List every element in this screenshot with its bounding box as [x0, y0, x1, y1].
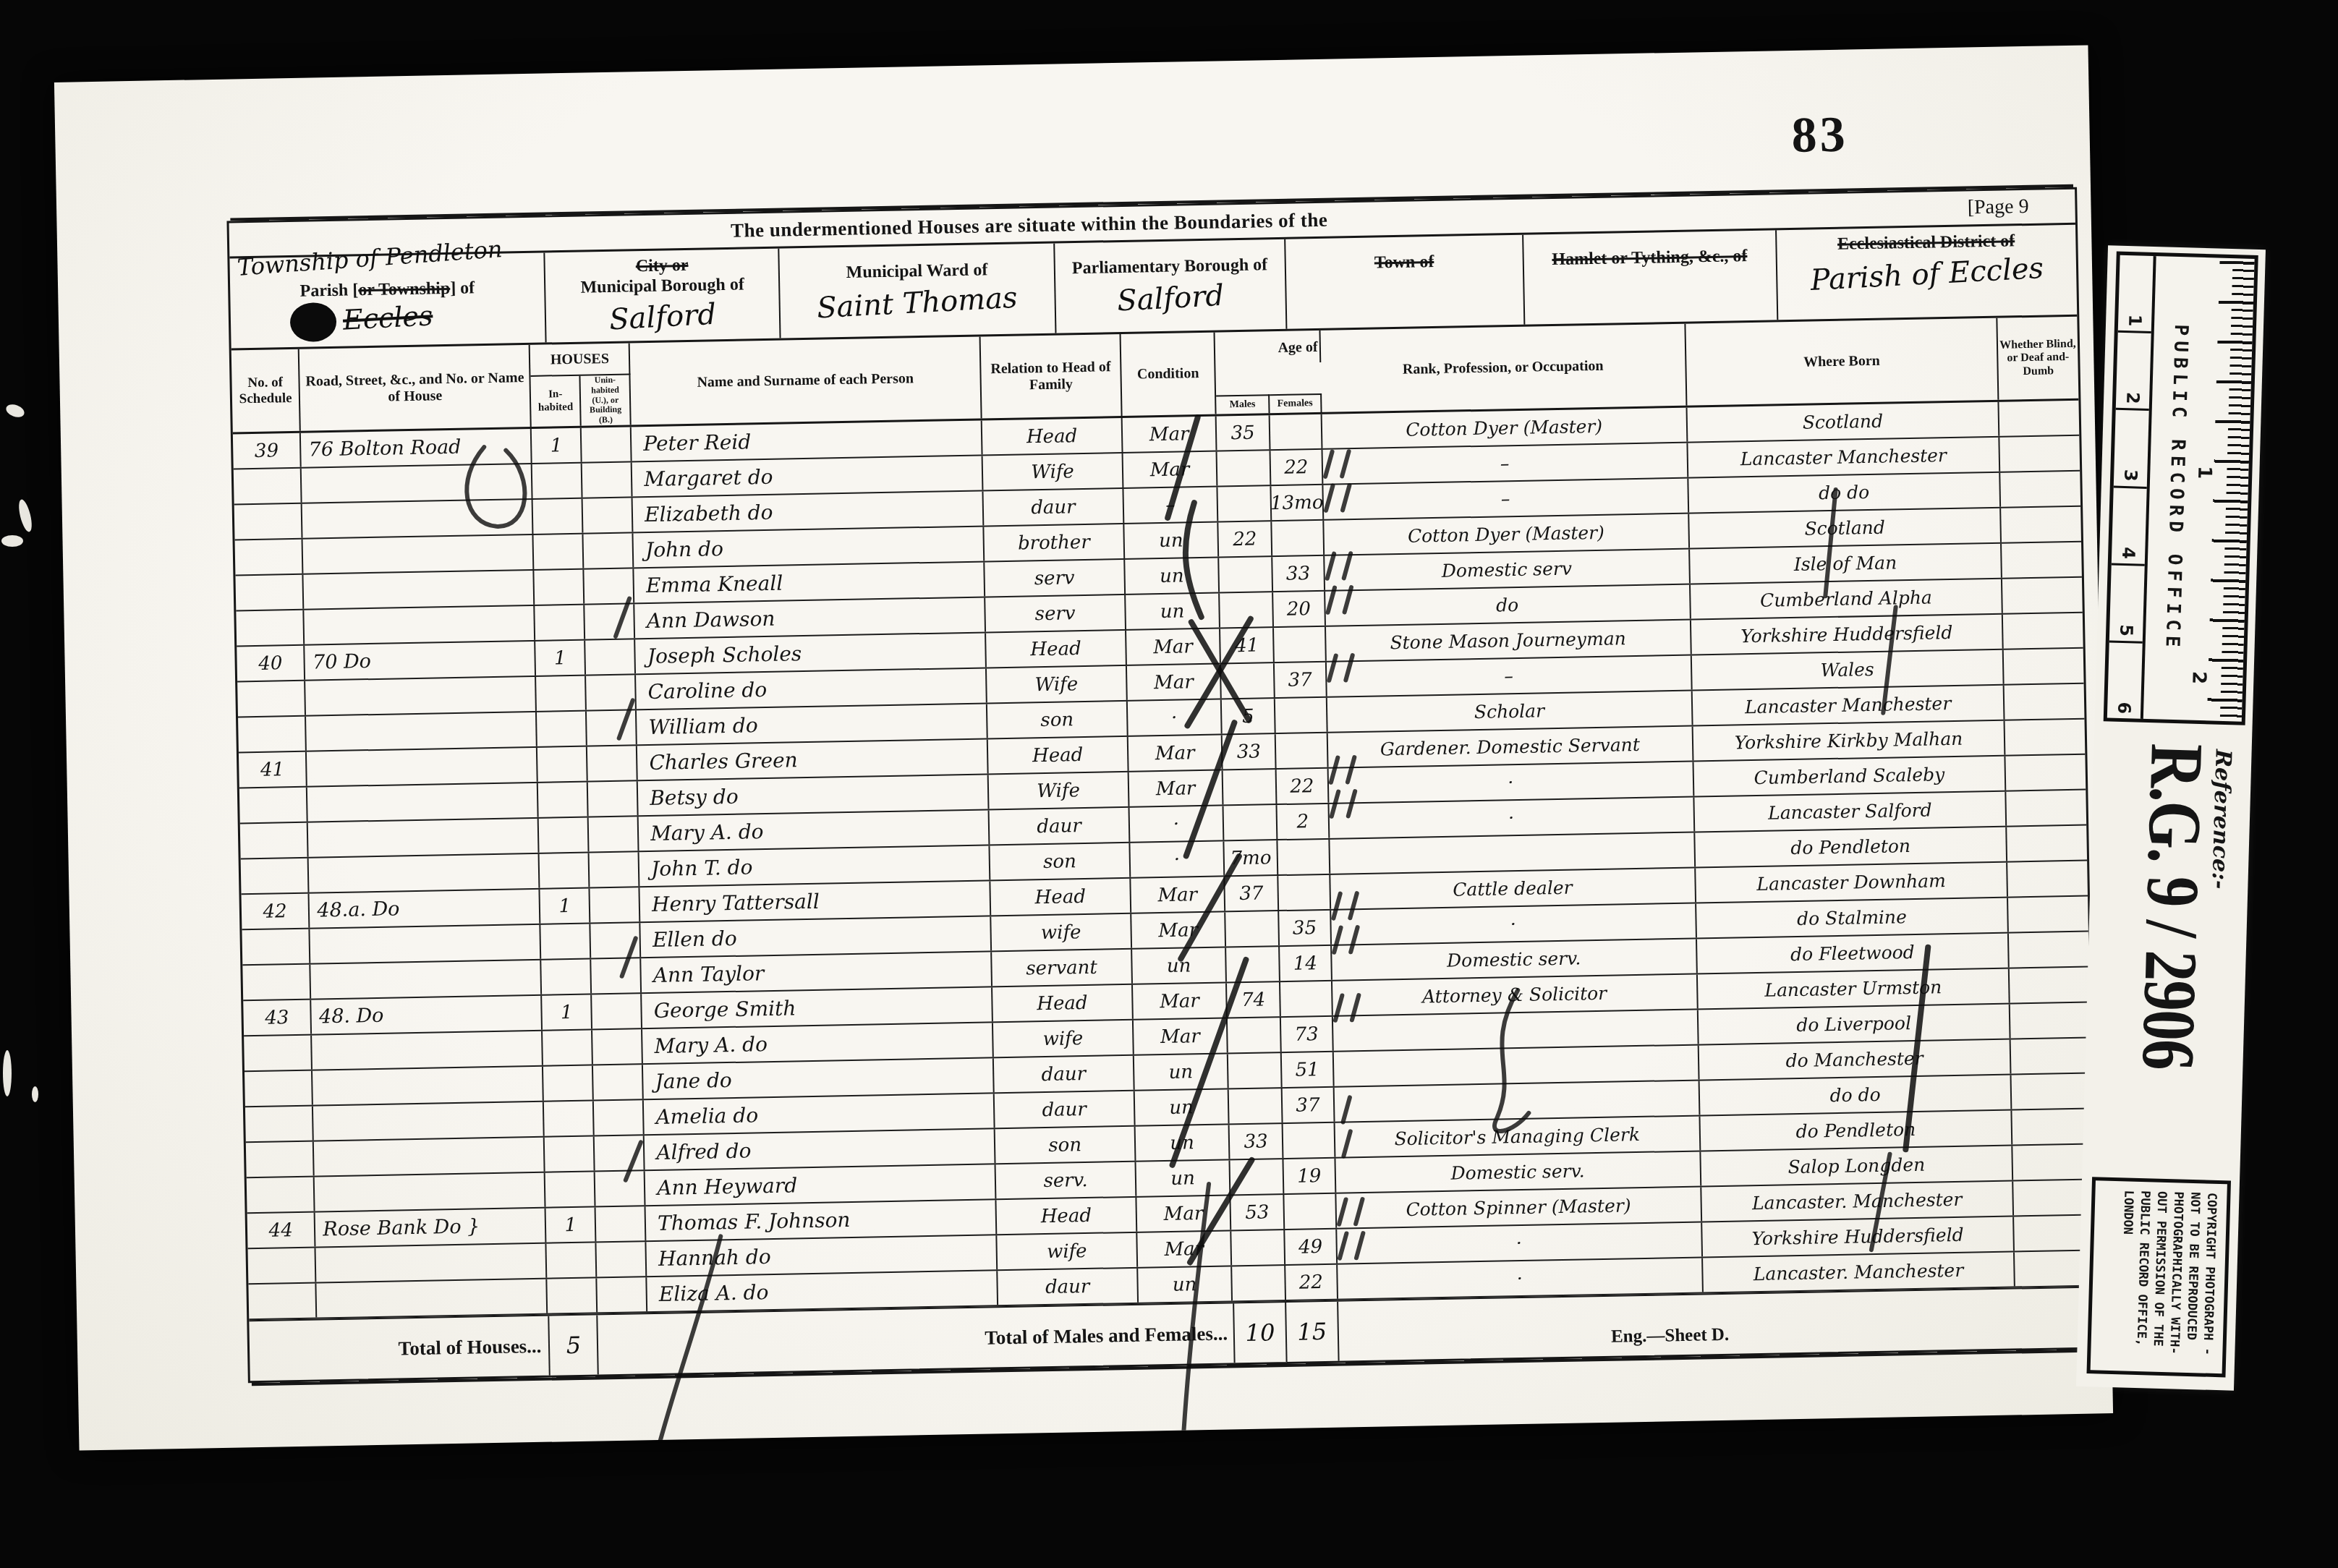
cell-relation: Head	[982, 418, 1123, 455]
cell-inhabited	[536, 676, 587, 711]
cell-blind-deaf	[2010, 1003, 2091, 1039]
cell-name: Ann Taylor	[641, 952, 992, 992]
cell-name: Amelia do	[644, 1094, 995, 1134]
copyright-notice: COPYRIGHT PHOTOGRAPH - NOT TO BE REPRODU…	[2087, 1177, 2232, 1377]
page-number-label: [Page 9	[1967, 195, 2028, 220]
cell-road	[306, 712, 537, 751]
cell-uninhabited	[588, 781, 639, 816]
cell-relation: wife	[991, 914, 1132, 951]
total-males-value: 10	[1233, 1303, 1287, 1363]
cell-inhabited	[535, 570, 585, 605]
sheet-note: Eng.—Sheet D.	[1611, 1325, 1730, 1347]
cell-inhabited	[540, 853, 590, 888]
film-artifact	[3, 1050, 12, 1096]
cell-condition: ·	[1130, 841, 1225, 877]
scanned-census-photograph: { "page": { "folio_number": "83", "page_…	[0, 0, 2338, 1568]
cell-age-male	[1221, 663, 1275, 698]
cell-condition: Mar	[1131, 877, 1225, 912]
cell-uninhabited	[583, 498, 634, 532]
cell-name: Emma Kneall	[634, 562, 986, 602]
cell-blind-deaf	[2010, 968, 2090, 1003]
cell-condition: Mar	[1123, 417, 1217, 452]
cell-where-born: Lancaster Manchester	[1693, 686, 2005, 725]
cell-condition: Mar	[1126, 629, 1221, 665]
cell-name: Betsy do	[638, 775, 990, 815]
pro-ruler: 1 2 PUBLIC RECORD OFFICE 123456	[2104, 252, 2258, 725]
cell-relation: son	[995, 1127, 1136, 1164]
cell-name: Caroline do	[636, 668, 987, 709]
cell-age-female: 37	[1283, 1088, 1335, 1122]
col-header-schedule: No. ofSchedule	[231, 349, 301, 433]
cell-condition: ·	[1128, 699, 1223, 735]
cell-name: Margaret do	[632, 456, 984, 496]
cell-occupation: –	[1327, 656, 1693, 696]
cell-inhabited	[545, 1172, 596, 1206]
cell-uninhabited	[587, 746, 638, 780]
cell-where-born: Lancaster. Manchester	[1703, 1253, 2015, 1292]
cell-road	[310, 925, 542, 963]
cell-occupation: Domestic serv.	[1335, 1151, 1701, 1192]
cell-schedule	[234, 469, 302, 504]
ruler-inch-number: 2	[2188, 671, 2209, 685]
cell-relation: daur	[998, 1269, 1139, 1305]
cell-road	[313, 1067, 544, 1105]
cell-where-born: do Pendleton	[1700, 1111, 2012, 1151]
cell-blind-deaf	[2011, 1039, 2091, 1074]
ruler-inch-number: 1	[2193, 466, 2215, 480]
cell-age-male	[1218, 486, 1272, 521]
cell-condition: Mar	[1129, 770, 1224, 806]
cell-relation: serv.	[996, 1162, 1137, 1199]
cell-relation: daur	[990, 808, 1131, 845]
cell-relation: daur	[994, 1056, 1135, 1093]
cell-occupation: Stone Mason Journeyman	[1326, 621, 1692, 661]
folio-number-stamp: 83	[1791, 106, 1848, 165]
cell-condition: –	[1123, 487, 1218, 523]
handwritten-ward: Saint Thomas	[780, 279, 1055, 327]
cell-age-male	[1229, 1088, 1283, 1123]
cell-where-born: do Liverpool	[1699, 1005, 2011, 1044]
cell-condition: un	[1136, 1125, 1230, 1160]
cell-blind-deaf	[2006, 791, 2086, 826]
cell-schedule: 39	[233, 433, 302, 469]
cell-where-born: do Fleetwood	[1697, 934, 2010, 973]
cell-age-male	[1231, 1230, 1285, 1265]
cell-name: John T. do	[639, 845, 991, 886]
cell-road	[304, 571, 535, 609]
cell-inhabited	[534, 534, 584, 569]
cell-road	[305, 606, 536, 644]
cell-age-female: 13mo	[1272, 485, 1324, 520]
col-header-males: Males	[1216, 394, 1270, 414]
cell-name: Peter Reid	[632, 420, 983, 461]
cell-name: Ellen do	[641, 916, 992, 957]
census-page: 83 The undermentioned Houses are situate…	[54, 45, 2113, 1450]
jurisdiction-parish: Township of Pendleton Parish [or Townshi…	[229, 253, 547, 349]
cell-where-born: Cumberland Scaleby	[1693, 757, 2006, 796]
cell-schedule	[246, 1142, 315, 1177]
cell-age-female: 20	[1273, 592, 1325, 626]
cell-uninhabited	[589, 817, 639, 851]
col-header-age: Age of	[1215, 331, 1321, 365]
cell-relation: wife	[997, 1233, 1138, 1270]
cell-uninhabited	[582, 427, 632, 461]
cell-inhabited	[538, 783, 589, 817]
cell-road	[302, 464, 533, 503]
cell-age-female: 22	[1271, 450, 1323, 485]
cell-road	[315, 1173, 546, 1211]
cell-age-male	[1223, 770, 1278, 804]
cell-uninhabited	[590, 887, 641, 922]
cell-road: 70 Do	[305, 642, 537, 680]
cell-name: John do	[634, 527, 985, 567]
cell-where-born: Lancaster. Manchester	[1701, 1182, 2014, 1222]
cell-uninhabited	[585, 639, 636, 674]
cell-age-male	[1230, 1159, 1285, 1194]
cell-condition: Mar	[1137, 1231, 1232, 1266]
census-rows: 39 76 Bolton Road 1 Peter Reid Head Mar …	[233, 401, 2095, 1321]
cell-where-born: Yorkshire Huddersfield	[1702, 1217, 2015, 1257]
cell-condition: un	[1135, 1089, 1230, 1125]
cell-where-born: do Stalmine	[1696, 898, 2009, 938]
jurisdiction-ecclesiastical: Ecclesiastical District of Parish of Ecc…	[1777, 225, 2078, 320]
cell-road	[311, 960, 543, 999]
cell-where-born: Lancaster Salford	[1694, 792, 2007, 832]
cell-schedule	[238, 717, 307, 752]
cell-name: Thomas F. Johnson	[646, 1200, 998, 1240]
cell-where-born: Lancaster Urmston	[1698, 969, 2010, 1009]
ruler-cm-cells: 123456	[2107, 255, 2156, 719]
cell-schedule	[240, 823, 309, 858]
cell-schedule	[245, 1107, 314, 1142]
cell-occupation: Attorney & Solicitor	[1332, 974, 1699, 1015]
cell-age-male: 53	[1231, 1195, 1285, 1230]
jurisdiction-ward: Municipal Ward of Saint Thomas	[780, 244, 1056, 338]
cell-name: Alfred do	[645, 1129, 996, 1169]
cell-age-male	[1220, 592, 1274, 627]
cell-occupation: ·	[1337, 1222, 1703, 1263]
cell-relation: son	[990, 843, 1131, 880]
cell-where-born: do Pendleton	[1695, 827, 2007, 867]
cell-where-born: do do	[1688, 473, 2001, 513]
cell-occupation: Solicitor's Managing Clerk	[1335, 1116, 1701, 1156]
cell-age-male	[1226, 947, 1280, 981]
cell-inhabited	[543, 1065, 594, 1100]
cell-age-male: 41	[1220, 628, 1275, 662]
cell-where-born: Isle of Man	[1690, 544, 2002, 584]
cell-blind-deaf	[2002, 578, 2083, 613]
cell-age-male: 37	[1225, 876, 1279, 911]
cell-schedule: 42	[242, 894, 310, 929]
pro-strip-inner: 1 2 PUBLIC RECORD OFFICE 123456 Referenc…	[2076, 245, 2266, 1390]
cell-uninhabited	[587, 710, 637, 745]
cell-age-female: 22	[1277, 769, 1329, 804]
col-header-inhabited: In-habited	[531, 376, 582, 427]
cell-inhabited	[547, 1243, 598, 1277]
cell-age-female: 37	[1275, 662, 1327, 697]
census-table: The undermentioned Houses are situate wi…	[226, 187, 2098, 1384]
cell-name: Henry Tattersall	[640, 881, 992, 921]
cell-uninhabited	[585, 604, 636, 639]
cell-age-male	[1219, 557, 1273, 592]
cell-occupation: Cotton Spinner (Master)	[1336, 1187, 1702, 1227]
cell-occupation: Gardener. Domestic Servant	[1327, 727, 1693, 767]
cell-road	[313, 1031, 544, 1070]
cell-condition: un	[1138, 1266, 1233, 1302]
cell-occupation: Domestic serv.	[1332, 939, 1698, 980]
cell-relation: Head	[988, 737, 1129, 774]
cell-age-male: 33	[1223, 734, 1277, 769]
cell-schedule: 44	[247, 1213, 316, 1248]
cell-occupation: –	[1322, 443, 1688, 484]
cell-road	[302, 500, 534, 538]
cell-blind-deaf	[2007, 826, 2087, 861]
jurisdiction-town: Town of	[1285, 235, 1525, 329]
cell-blind-deaf	[2012, 1109, 2093, 1145]
cell-road	[307, 783, 539, 822]
cell-name: Mary A. do	[639, 810, 990, 851]
cell-condition: Mar	[1133, 983, 1228, 1018]
cell-age-female	[1270, 414, 1322, 449]
total-houses-value: 5	[548, 1315, 599, 1375]
cell-relation: Wife	[987, 666, 1128, 703]
cell-uninhabited	[592, 1029, 643, 1064]
cell-blind-deaf	[2012, 1145, 2093, 1180]
total-males-females-label: Total of Males and Females...	[647, 1303, 1233, 1373]
cell-schedule	[235, 540, 304, 575]
cell-relation: Head	[997, 1198, 1138, 1235]
cell-occupation: –	[1323, 479, 1689, 519]
cell-where-born: Lancaster Downham	[1696, 863, 2008, 903]
cell-inhabited: 1	[543, 995, 593, 1030]
cell-inhabited	[543, 1031, 593, 1065]
cell-inhabited	[544, 1101, 595, 1135]
cell-where-born: Lancaster Manchester	[1688, 438, 2000, 477]
cell-inhabited	[541, 924, 592, 959]
ruler-cm-number: 3	[2114, 410, 2149, 488]
cell-age-male	[1217, 451, 1272, 485]
cell-name: Mary A. do	[642, 1023, 994, 1063]
cell-age-female	[1280, 981, 1332, 1016]
cell-where-born: Scotland	[1687, 402, 1999, 442]
cell-schedule: 40	[237, 646, 305, 681]
cell-condition: Mar	[1128, 735, 1223, 770]
cell-age-female	[1278, 840, 1330, 874]
jurisdiction-borough: City or Municipal Borough of Salford	[545, 249, 781, 343]
cell-relation: servant	[992, 950, 1133, 987]
cell-occupation: Cattle dealer	[1330, 869, 1696, 909]
cell-where-born: Scotland	[1689, 508, 2002, 548]
film-artifact	[4, 402, 26, 419]
cell-inhabited: 1	[540, 889, 591, 924]
cell-blind-deaf	[2000, 436, 2080, 472]
cell-where-born: Cumberland Alpha	[1691, 579, 2003, 619]
cell-name: Hannah do	[647, 1235, 998, 1276]
cell-relation: daur	[984, 489, 1125, 526]
cell-condition: un	[1124, 523, 1219, 558]
col-header-name: Name and Surname of each Person	[630, 337, 982, 425]
cell-uninhabited	[595, 1171, 646, 1206]
pro-office-label: PUBLIC RECORD OFFICE	[2159, 257, 2194, 720]
cell-age-male	[1224, 805, 1278, 840]
cell-inhabited	[533, 499, 584, 534]
cell-where-born: do Manchester	[1699, 1040, 2012, 1080]
cell-condition: un	[1136, 1160, 1231, 1196]
col-header-road: Road, Street, &c., and No. or Name of Ho…	[299, 345, 532, 431]
cell-condition: un	[1132, 947, 1227, 983]
cell-condition: un	[1126, 594, 1220, 629]
cell-schedule	[236, 610, 305, 646]
cell-schedule	[237, 681, 306, 717]
cell-name: Eliza A. do	[647, 1271, 999, 1311]
cell-uninhabited	[595, 1135, 645, 1170]
col-header-females: Females	[1270, 393, 1322, 413]
cell-road: 48.a. Do	[310, 890, 541, 928]
cell-condition: Mar	[1136, 1196, 1231, 1231]
cell-age-female: 19	[1284, 1159, 1336, 1193]
cell-schedule	[244, 1036, 313, 1071]
cell-condition: un	[1134, 1054, 1229, 1089]
cell-where-born: Wales	[1692, 650, 2005, 690]
cell-road	[307, 748, 538, 786]
cell-relation: serv	[985, 595, 1126, 632]
cell-name: Joseph Scholes	[635, 633, 987, 673]
cell-schedule	[247, 1177, 315, 1213]
cell-condition: Mar	[1134, 1018, 1228, 1054]
cell-name: Ann Heyward	[645, 1164, 997, 1205]
cell-relation: Head	[992, 985, 1134, 1022]
cell-occupation	[1332, 1010, 1699, 1050]
cell-age-male	[1232, 1266, 1286, 1300]
cell-road: 48. Do	[312, 996, 543, 1034]
cell-relation: Wife	[983, 453, 1124, 490]
cell-age-female: 35	[1279, 911, 1331, 945]
cell-age-male: 7mo	[1225, 840, 1279, 875]
cell-road	[316, 1244, 548, 1282]
cell-age-female	[1278, 875, 1330, 910]
cell-uninhabited	[593, 1065, 644, 1099]
cell-schedule	[235, 575, 304, 610]
handwritten-eccl-district: Parish of Eccles	[1777, 250, 2077, 299]
cell-uninhabited	[590, 852, 640, 887]
cell-occupation: Cotton Dyer (Master)	[1324, 514, 1690, 555]
cell-road	[313, 1102, 545, 1141]
cell-name: William do	[637, 704, 988, 744]
cell-occupation	[1330, 833, 1696, 874]
cell-inhabited	[545, 1136, 595, 1171]
cell-inhabited	[532, 464, 583, 498]
cell-schedule	[245, 1071, 313, 1107]
cell-inhabited	[535, 605, 586, 640]
cell-age-female: 49	[1285, 1230, 1337, 1264]
cell-uninhabited	[582, 462, 633, 497]
cell-relation: wife	[993, 1021, 1134, 1057]
reference-number: R.G. 9 / 2906	[2125, 743, 2220, 1070]
cell-age-female: 51	[1282, 1052, 1334, 1087]
cell-occupation: ·	[1328, 762, 1694, 803]
cell-age-male: 22	[1218, 521, 1272, 556]
cell-blind-deaf	[2001, 507, 2081, 542]
cell-inhabited	[539, 818, 590, 853]
col-header-condition: Condition	[1121, 333, 1217, 416]
cell-inhabited: 1	[546, 1207, 597, 1242]
cell-blind-deaf	[2012, 1074, 2092, 1109]
cell-blind-deaf	[2009, 932, 2089, 968]
cell-blind-deaf	[2004, 649, 2084, 684]
cell-occupation: Cotton Dyer (Master)	[1322, 408, 1688, 448]
ruler-cm-number: 1	[2118, 255, 2154, 333]
cell-where-born: do do	[1699, 1075, 2012, 1115]
cell-name: Ann Dawson	[634, 597, 986, 638]
cell-occupation: ·	[1331, 904, 1697, 945]
cell-blind-deaf	[1999, 401, 2080, 436]
cell-age-female	[1272, 521, 1324, 555]
cell-condition: un	[1125, 558, 1220, 594]
ruler-cm-number: 6	[2107, 642, 2143, 718]
cell-age-female	[1285, 1194, 1337, 1229]
total-houses-label: Total of Houses...	[249, 1316, 549, 1381]
cell-blind-deaf	[2002, 542, 2082, 578]
cell-name: Elizabeth do	[633, 491, 985, 532]
cell-schedule: 43	[243, 1000, 312, 1036]
cell-condition: Mar	[1131, 912, 1226, 947]
cell-road: Rose Bank Do }	[315, 1209, 547, 1247]
cell-occupation	[1334, 1081, 1700, 1121]
cell-age-female	[1275, 698, 1327, 733]
cell-blind-deaf	[2006, 755, 2086, 791]
cell-uninhabited	[591, 923, 642, 958]
handwritten-parl-borough: Salford	[1055, 276, 1285, 321]
cell-schedule: 41	[239, 752, 307, 788]
cell-uninhabited	[598, 1277, 648, 1312]
cell-uninhabited	[584, 533, 634, 568]
cell-schedule	[242, 929, 310, 965]
cell-road	[308, 819, 540, 857]
col-header-relation: Relation to Head of Family	[981, 334, 1123, 419]
public-record-office-strip: 1 2 PUBLIC RECORD OFFICE 123456 Referenc…	[2076, 245, 2266, 1390]
cell-schedule	[234, 504, 303, 540]
cell-age-male	[1225, 911, 1280, 946]
cell-road	[303, 535, 535, 574]
cell-relation: Wife	[989, 772, 1130, 809]
cell-schedule	[248, 1284, 317, 1319]
film-artifact	[32, 1086, 38, 1102]
film-artifact	[1, 535, 23, 547]
cell-age-male: 74	[1227, 982, 1281, 1017]
cell-name: Jane do	[643, 1058, 995, 1099]
film-artifact	[17, 498, 35, 533]
cell-occupation: ·	[1338, 1258, 1704, 1298]
cell-road	[314, 1138, 545, 1176]
total-females-value: 15	[1286, 1302, 1339, 1362]
cell-age-female: 14	[1280, 946, 1332, 981]
cell-blind-deaf	[2003, 613, 2083, 649]
cell-uninhabited	[597, 1242, 647, 1277]
cell-age-female: 33	[1272, 556, 1325, 591]
cell-schedule	[248, 1248, 317, 1284]
cell-blind-deaf	[2007, 861, 2088, 897]
handwritten-borough: Salford	[545, 294, 780, 340]
cell-age-female: 73	[1281, 1017, 1333, 1052]
cell-age-female	[1274, 627, 1326, 662]
ruler-cm-number: 5	[2109, 565, 2145, 643]
cell-road	[317, 1279, 548, 1318]
cell-inhabited	[537, 747, 588, 782]
ruler-cm-number: 4	[2112, 487, 2147, 566]
col-header-houses: HOUSES	[530, 343, 631, 377]
cell-occupation: Domestic serv	[1325, 550, 1691, 590]
cell-uninhabited	[584, 568, 635, 603]
